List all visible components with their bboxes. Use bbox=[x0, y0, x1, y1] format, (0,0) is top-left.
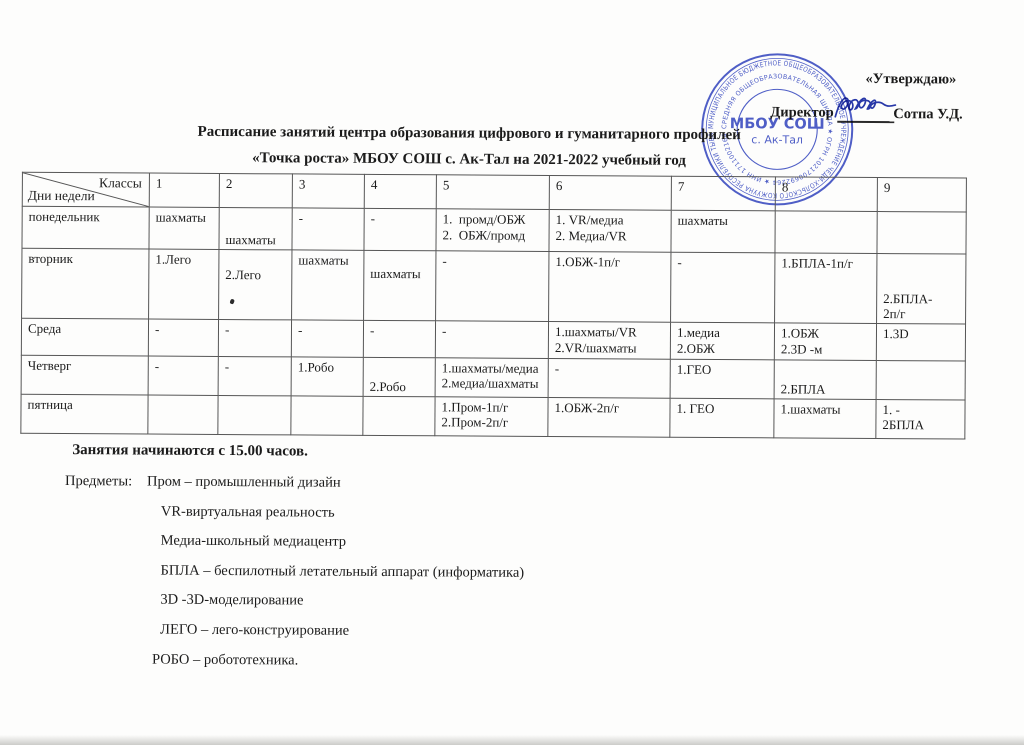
cell-text-bottom: шахматы bbox=[225, 232, 275, 248]
cell-text-top: - bbox=[298, 322, 302, 338]
schedule-cell: шахматы bbox=[671, 210, 775, 253]
cell-text-top: шахматы bbox=[370, 266, 420, 282]
class-column-header: 6 bbox=[549, 175, 671, 210]
cell-text-top: шахматы bbox=[678, 213, 728, 229]
schedule-cell: 1.шахматы/медиа 2.медиа/шахматы bbox=[435, 357, 548, 397]
schedule-cell: 1.ОБЖ 2.3D -м bbox=[774, 323, 876, 360]
cell-text-top: 1. VR/медиа 2. Медиа/VR bbox=[556, 212, 627, 244]
cell-text-bottom: 2.БПЛА bbox=[781, 381, 826, 397]
cell-text-top: - bbox=[555, 361, 559, 377]
class-column-header: 8 bbox=[775, 177, 877, 212]
schedule-cell: 1.ОБЖ-2п/г bbox=[548, 397, 670, 437]
title-line1: Расписание занятий центра образования ци… bbox=[119, 123, 819, 144]
subject-item: VR-виртуальная реальность bbox=[147, 503, 525, 522]
subjects-label: Предметы: bbox=[65, 473, 132, 490]
schedule-cell: 1.Лего bbox=[149, 249, 219, 319]
cell-text-top: - bbox=[225, 322, 229, 338]
class-column-header: 1 bbox=[149, 173, 219, 207]
table-row-friday: пятница 1.Пром-1п/г 2.Пром-2п/г 1.ОБЖ-2п… bbox=[21, 394, 965, 439]
schedule-cell: 1.Пром-1п/г 2.Пром-2п/г bbox=[435, 396, 548, 436]
cell-text-top: 1. ГЕО bbox=[676, 400, 714, 416]
cell-text-top: 2.Лего bbox=[225, 267, 261, 283]
cell-text-top: 1.3D bbox=[883, 326, 909, 342]
day-label: пятница bbox=[21, 394, 148, 434]
schedule-cell: - bbox=[671, 252, 775, 323]
schedule-cell: 2.Робо bbox=[363, 357, 435, 396]
cell-text-top: - bbox=[155, 358, 159, 374]
day-label: Среда bbox=[21, 318, 148, 355]
table-row-thursday: Четверг - - 1.Робо 2.Робо 1.шахматы/меди… bbox=[21, 355, 965, 400]
schedule-cell bbox=[877, 211, 966, 254]
schedule-cell: - bbox=[435, 321, 548, 358]
cell-text-top: - bbox=[370, 323, 374, 339]
subject-item: 3D -3D-моделирование bbox=[146, 592, 524, 611]
corner-label-classes: Классы bbox=[99, 175, 142, 191]
schedule-cell: - bbox=[436, 251, 549, 322]
cell-text-top: 1.шахматы/медиа 2.медиа/шахматы bbox=[442, 360, 539, 392]
subject-item: Пром – промышленный дизайн bbox=[147, 474, 525, 493]
cell-text-top: 1.Робо bbox=[298, 359, 334, 375]
title-line2: «Точка роста» МБОУ СОШ с. Ак-Тал на 2021… bbox=[119, 149, 819, 170]
schedule-cell bbox=[876, 360, 965, 400]
cell-text-top: 1.медиа 2.ОБЖ bbox=[677, 325, 720, 356]
cell-text-top: 1.Пром-1п/г 2.Пром-2п/г bbox=[441, 399, 508, 431]
corner-cell: Классы Дни недели bbox=[22, 172, 149, 207]
scan-bottom-edge bbox=[0, 735, 1024, 745]
day-label: Четверг bbox=[21, 355, 148, 395]
schedule-cell bbox=[218, 395, 291, 434]
scan-content: «Утверждаю» Директор Сотпа У.Д. МУНИЦИПА… bbox=[0, 0, 1024, 745]
schedule-cell bbox=[148, 395, 218, 434]
schedule-cell: - bbox=[148, 356, 218, 395]
corner-label-days: Дни недели bbox=[28, 188, 95, 204]
cell-text-top: - bbox=[677, 255, 681, 271]
schedule-cell: 1.шахматы/VR 2.VR/шахматы bbox=[548, 321, 670, 358]
class-column-header: 4 bbox=[364, 174, 436, 208]
cell-text-top: 1.БПЛА-1п/г bbox=[781, 255, 853, 271]
schedule-cell: 1.Робо bbox=[291, 357, 363, 396]
cell-text-top: 1. промд/ОБЖ 2. ОБЖ/промд bbox=[443, 211, 526, 243]
approval-label: «Утверждаю» bbox=[865, 71, 956, 89]
schedule-cell bbox=[291, 396, 363, 435]
cell-text-top: 1.ОБЖ-1п/г bbox=[555, 254, 620, 270]
cell-text-top: - bbox=[442, 323, 446, 339]
schedule-cell: - bbox=[218, 319, 291, 356]
schedule-cell: - bbox=[148, 319, 218, 356]
cell-text-top: 1.ОБЖ 2.3D -м bbox=[781, 325, 823, 356]
schedule-cell: 1.ОБЖ-1п/г bbox=[549, 251, 671, 322]
class-column-header: 2 bbox=[219, 173, 292, 207]
cell-text-top: 1. - 2БПЛА bbox=[882, 402, 924, 433]
director-name: Сотпа У.Д. bbox=[893, 106, 962, 123]
cell-text-top: 1.шахматы bbox=[780, 401, 840, 417]
schedule-cell: - bbox=[291, 320, 363, 357]
cell-text-top: - bbox=[299, 210, 303, 226]
cell-text-bottom: 2.БПЛА- 2п/г bbox=[883, 291, 932, 322]
subject-item: РОБО – робототехника. bbox=[146, 651, 524, 670]
class-column-header: 9 bbox=[877, 177, 966, 212]
scanned-document-page: «Утверждаю» Директор Сотпа У.Д. МУНИЦИПА… bbox=[0, 0, 1024, 745]
table-row-wednesday: Среда - - - - - 1.шахматы/VR 2.VR/шахмат… bbox=[21, 318, 965, 360]
subjects-list: Пром – промышленный дизайн VR-виртуальна… bbox=[146, 474, 525, 683]
schedule-cell: 1. промд/ОБЖ 2. ОБЖ/промд bbox=[436, 209, 549, 252]
schedule-cell bbox=[775, 211, 877, 254]
schedule-cell: 1. - 2БПЛА bbox=[876, 399, 965, 439]
table-row-tuesday: вторник 1.Лего 2.Лего шахматы шахматы - … bbox=[22, 248, 966, 324]
cell-text-top: шахматы bbox=[156, 210, 206, 226]
schedule-cell: 2.Лего bbox=[219, 249, 292, 319]
class-column-header: 7 bbox=[671, 176, 775, 211]
cell-text-top: шахматы bbox=[298, 252, 348, 268]
schedule-cell: 1.медиа 2.ОБЖ bbox=[670, 322, 774, 359]
cell-text-top: - bbox=[442, 253, 446, 269]
schedule-cell: шахматы bbox=[149, 207, 219, 249]
schedule-cell: - bbox=[292, 208, 364, 250]
cell-text-top: 1.шахматы/VR 2.VR/шахматы bbox=[555, 324, 637, 356]
table-row-monday: понедельник шахматы шахматы - - 1. промд… bbox=[22, 206, 966, 254]
schedule-cell: - bbox=[363, 320, 435, 357]
cell-text-top: 1.ГЕО bbox=[677, 361, 712, 377]
day-label: понедельник bbox=[22, 206, 149, 249]
schedule-cell: 1.БПЛА-1п/г bbox=[775, 253, 877, 324]
cell-text-top: 1.Лего bbox=[155, 252, 191, 268]
start-time-note: Занятия начинаются с 15.00 часов. bbox=[72, 442, 308, 460]
schedule-cell: 1.шахматы bbox=[774, 398, 876, 438]
schedule-cell: - bbox=[548, 358, 670, 398]
subject-item: ЛЕГО – лего-конструирование bbox=[146, 622, 524, 641]
schedule-table: Классы Дни недели 1 2 3 4 5 6 7 8 9 поне… bbox=[20, 172, 967, 439]
header-row: Классы Дни недели 1 2 3 4 5 6 7 8 9 bbox=[22, 172, 966, 212]
cell-text-top: - bbox=[225, 359, 229, 375]
schedule-cell: шахматы bbox=[292, 250, 364, 320]
cell-text-top: - bbox=[155, 322, 159, 338]
schedule-cell: 1. ГЕО bbox=[670, 398, 774, 438]
schedule-cell: - bbox=[364, 208, 436, 250]
class-column-header: 5 bbox=[436, 175, 549, 210]
schedule-cell: шахматы bbox=[219, 207, 292, 249]
schedule-cell: - bbox=[218, 356, 291, 395]
class-column-header: 3 bbox=[292, 174, 364, 208]
cell-text-bottom: 2.Робо bbox=[370, 379, 406, 395]
schedule-cell: 1. VR/медиа 2. Медиа/VR bbox=[549, 209, 671, 252]
schedule-cell bbox=[363, 396, 435, 435]
cell-text-top: 1.ОБЖ-2п/г bbox=[554, 400, 619, 416]
cell-text-top: - bbox=[371, 211, 375, 227]
subject-item: Медиа-школьный медиацентр bbox=[147, 533, 525, 552]
schedule-cell: 2.БПЛА- 2п/г bbox=[877, 253, 966, 324]
schedule-cell: 1.ГЕО bbox=[670, 359, 774, 399]
document-title: Расписание занятий центра образования ци… bbox=[119, 123, 819, 170]
schedule-cell: 1.3D bbox=[876, 323, 965, 360]
schedule-cell: 2.БПЛА bbox=[774, 359, 876, 399]
day-label: вторник bbox=[22, 248, 149, 319]
subject-item: БПЛА – беспилотный летательный аппарат (… bbox=[146, 562, 524, 581]
schedule-cell: шахматы bbox=[364, 250, 436, 320]
